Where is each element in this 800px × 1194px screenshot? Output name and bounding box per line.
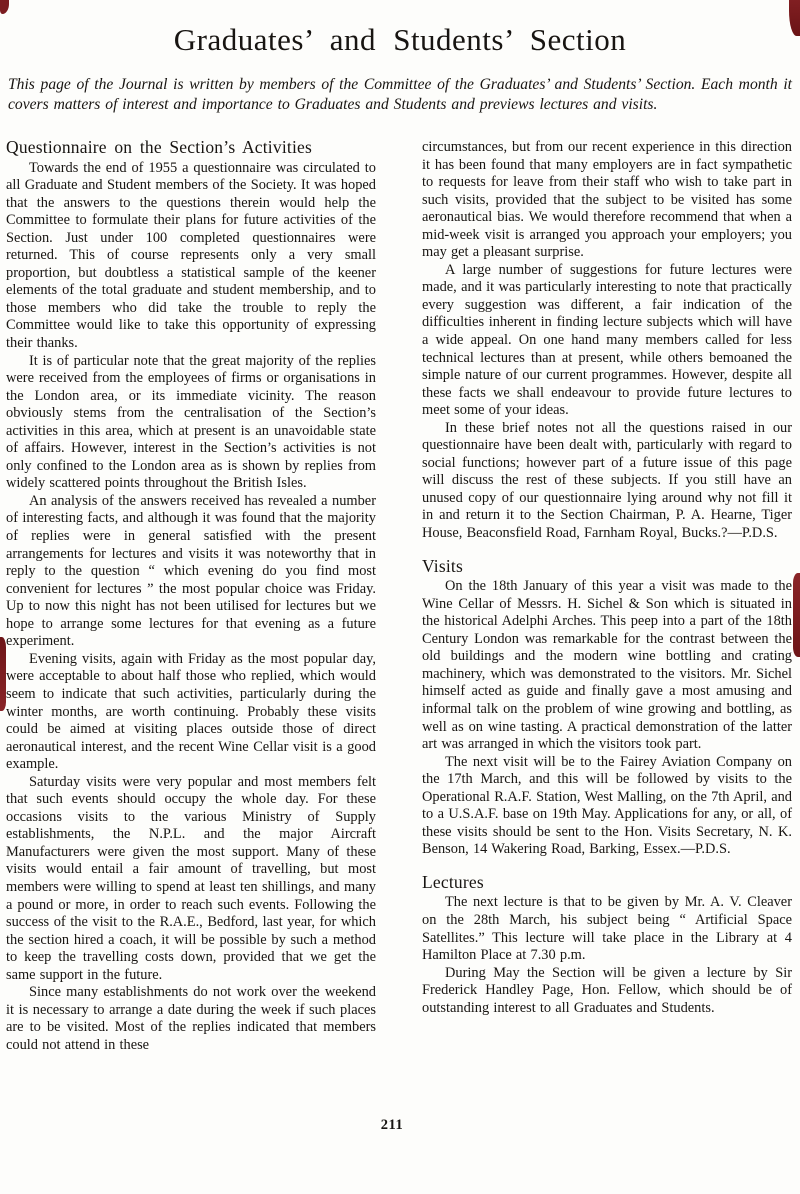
scan-mark-left-edge xyxy=(0,637,6,711)
right-column: circumstances, but from our recent exper… xyxy=(422,139,792,1054)
paragraph: It is of particular note that the great … xyxy=(6,353,376,493)
scan-mark-right-edge xyxy=(793,573,800,657)
section-heading-visits: Visits xyxy=(422,558,792,576)
paragraph: Evening visits, again with Friday as the… xyxy=(6,651,376,774)
intro-text: This page of the Journal is written by m… xyxy=(8,75,792,114)
left-column: Questionnaire on the Section’s Activitie… xyxy=(6,139,376,1054)
section-heading-questionnaire: Questionnaire on the Section’s Activitie… xyxy=(6,139,376,157)
paragraph: In these brief notes not all the questio… xyxy=(422,420,792,543)
paragraph: Towards the end of 1955 a questionnaire … xyxy=(6,160,376,353)
journal-page: Graduates’ and Students’ Section This pa… xyxy=(0,0,800,1194)
paragraph: On the 18th January of this year a visit… xyxy=(422,578,792,753)
paragraph: The next visit will be to the Fairey Avi… xyxy=(422,754,792,859)
paragraph: The next lecture is that to be given by … xyxy=(422,894,792,964)
two-column-body: Questionnaire on the Section’s Activitie… xyxy=(0,139,800,1054)
paragraph: During May the Section will be given a l… xyxy=(422,965,792,1018)
paragraph: An analysis of the answers received has … xyxy=(6,493,376,651)
paragraph: Saturday visits were very popular and mo… xyxy=(6,774,376,985)
page-number: 211 xyxy=(0,1117,784,1134)
paragraph: circumstances, but from our recent exper… xyxy=(422,139,792,262)
page-title: Graduates’ and Students’ Section xyxy=(0,0,800,58)
paragraph: Since many establishments do not work ov… xyxy=(6,984,376,1054)
section-heading-lectures: Lectures xyxy=(422,874,792,892)
paragraph: A large number of suggestions for future… xyxy=(422,262,792,420)
